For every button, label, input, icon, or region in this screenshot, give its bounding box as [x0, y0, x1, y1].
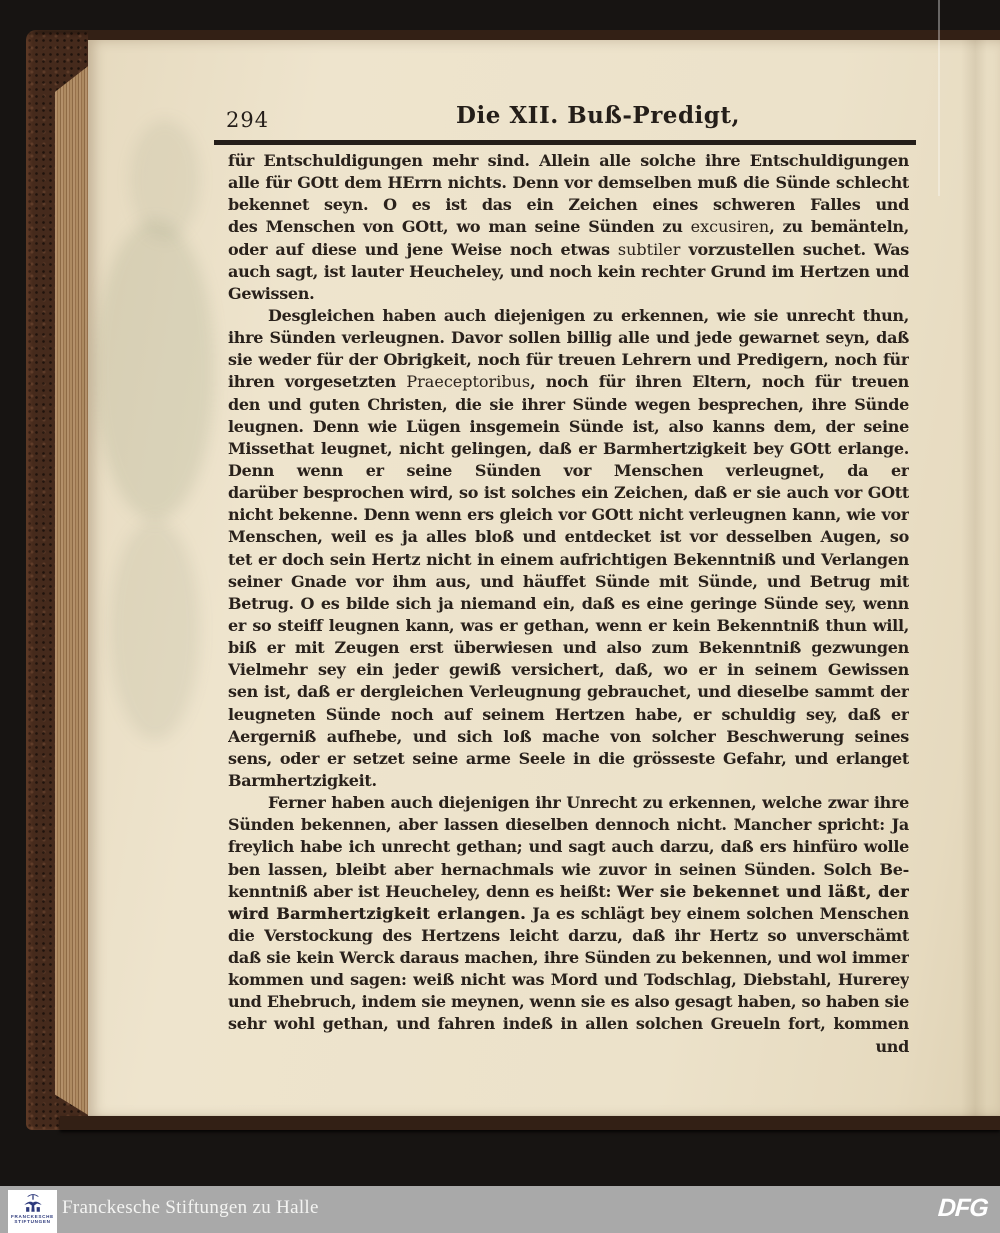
- text-line: sens, oder er setzet seine arme Seele in…: [228, 748, 909, 770]
- text-line: Ferner haben auch diejenigen ihr Unrecht…: [228, 792, 909, 814]
- text-line: Gewissen.: [228, 283, 909, 305]
- text-block: für Entschuldigungen mehr sind. Allein a…: [228, 150, 909, 1058]
- text-line: auch sagt, ist lauter Heucheley, und noc…: [228, 261, 909, 283]
- text-line: nicht bekenne. Denn wenn ers gleich vor …: [228, 504, 909, 526]
- text-line: für Entschuldigungen mehr sind. Allein a…: [228, 150, 909, 172]
- text-line: Sünden bekennen, aber lassen dieselben d…: [228, 814, 909, 836]
- dfg-logo: DFG: [937, 1194, 989, 1223]
- franckesche-logo-box: FRANCKESCHE STIFTUNGEN: [8, 1190, 57, 1233]
- text-line: Barmhertzigkeit.: [228, 770, 909, 792]
- text-line: Aergerniß aufhebe, und sich loß mache vo…: [228, 726, 909, 748]
- text-line: wird Barmhertzigkeit erlangen. Ja es sch…: [228, 903, 909, 925]
- text-line: Menschen, weil es ja alles bloß und entd…: [228, 526, 909, 548]
- text-line: ben lassen, bleibt aber hernachmals wie …: [228, 859, 909, 881]
- franckesche-logo-text-line2: STIFTUNGEN: [14, 1219, 50, 1224]
- page-number: 294: [226, 108, 269, 132]
- text-line: Desgleichen haben auch diejenigen zu erk…: [228, 305, 909, 327]
- text-line: leugnen. Denn wie Lügen insgemein Sünde …: [228, 416, 909, 438]
- page-content: 294 Die XII. Buß-Predigt, für Entschuldi…: [88, 40, 1000, 1118]
- text-line: biß er mit Zeugen erst überwiesen und al…: [228, 637, 909, 659]
- text-line: tet er doch sein Hertz nicht in einem au…: [228, 549, 909, 571]
- text-line: sen ist, daß er dergleichen Verleugnung …: [228, 681, 909, 703]
- text-line: Vielmehr sey ein jeder gewiß versichert,…: [228, 659, 909, 681]
- text-line: ihre Sünden verleugnen. Davor sollen bil…: [228, 327, 909, 349]
- text-line: sehr wohl gethan, und fahren indeß in al…: [228, 1013, 909, 1035]
- scan-viewer: 294 Die XII. Buß-Predigt, für Entschuldi…: [0, 0, 1000, 1233]
- text-line: Missethat leugnet, nicht gelingen, daß e…: [228, 438, 909, 460]
- text-line: Betrug. O es bilde sich ja niemand ein, …: [228, 593, 909, 615]
- institution-name: Franckesche Stiftungen zu Halle: [62, 1197, 319, 1219]
- text-line: leugneten Sünde noch auf seinem Hertzen …: [228, 704, 909, 726]
- catchword: und: [228, 1036, 909, 1058]
- text-line: oder auf diese und jene Weise noch etwas…: [228, 239, 909, 261]
- text-line: ihren vorgesetzten Praeceptoribus, noch …: [228, 371, 909, 393]
- text-line: und Ehebruch, indem sie meynen, wenn sie…: [228, 991, 909, 1013]
- footer-bar: FRANCKESCHE STIFTUNGEN Franckesche Stift…: [0, 1186, 1000, 1233]
- text-line: Denn wenn er seine Sünden vor Menschen v…: [228, 460, 909, 482]
- text-line: die Verstockung des Hertzens leicht darz…: [228, 925, 909, 947]
- text-line: er so steiff leugnen kann, was er gethan…: [228, 615, 909, 637]
- text-line: freylich habe ich unrecht gethan; und sa…: [228, 836, 909, 858]
- text-line: bekennet seyn. O es ist das ein Zeichen …: [228, 194, 909, 216]
- text-line: sie weder für der Obrigkeit, noch für tr…: [228, 349, 909, 371]
- text-line: des Menschen von GOtt, wo man seine Sünd…: [228, 216, 909, 238]
- text-line: kommen und sagen: weiß nicht was Mord un…: [228, 969, 909, 991]
- text-line: kenntniß aber ist Heucheley, denn es hei…: [228, 881, 909, 903]
- text-line: alle für GOtt dem HErrn nichts. Denn vor…: [228, 172, 909, 194]
- text-line: den und guten Christen, die sie ihrer Sü…: [228, 394, 909, 416]
- text-line: daß sie kein Werck daraus machen, ihre S…: [228, 947, 909, 969]
- book-cover-bottom-edge: [60, 1116, 1000, 1130]
- franckesche-eagle-icon: [22, 1192, 44, 1214]
- page-header-title: Die XII. Buß-Predigt,: [418, 102, 778, 129]
- header-rule: [214, 140, 916, 145]
- text-line: seiner Gnade vor ihm aus, und häuffet Sü…: [228, 571, 909, 593]
- text-line: darüber besprochen wird, so ist solches …: [228, 482, 909, 504]
